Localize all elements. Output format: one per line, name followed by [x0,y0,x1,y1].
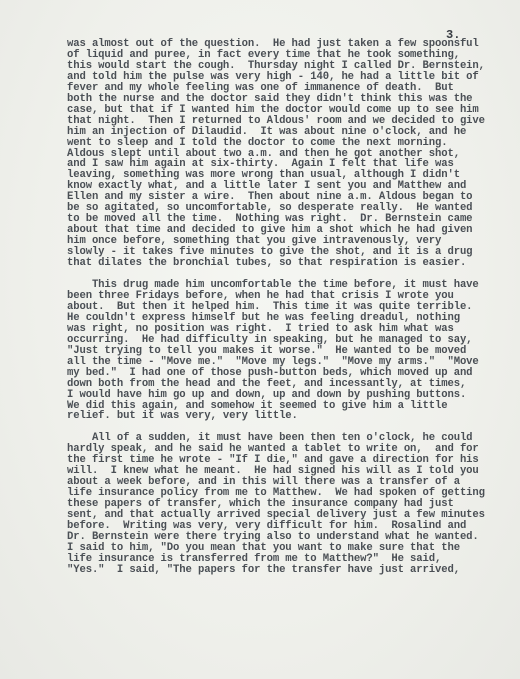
text-line: down both from the head and the feet, an… [67,379,507,390]
text-line: him an injection of Dilaudid. It was abo… [67,127,507,138]
text-line: went to sleep and I told the doctor to c… [67,138,507,149]
text-line: "Yes." I said, "The papers for the trans… [67,565,507,576]
text-line: that dilates the bronchial tubes, so tha… [67,258,507,269]
paragraph-1: was almost out of the question. He had j… [67,39,507,269]
text-line: I would have him go up and down, up and … [67,390,507,401]
text-line: all the time - "Move me." "Move my legs.… [67,357,507,368]
text-line: that night. Then I returned to Aldous' r… [67,116,507,127]
text-line: my bed." I had one of those push-button … [67,368,507,379]
text-line: relief. but it was very, very little. [67,411,507,422]
letter-body: was almost out of the question. He had j… [67,39,507,576]
paragraph-3: All of a sudden, it must have been then … [67,433,507,575]
paragraph-2: This drug made him uncomfortable the tim… [67,280,507,422]
typewritten-letter-page: 3. was almost out of the question. He ha… [0,0,520,679]
